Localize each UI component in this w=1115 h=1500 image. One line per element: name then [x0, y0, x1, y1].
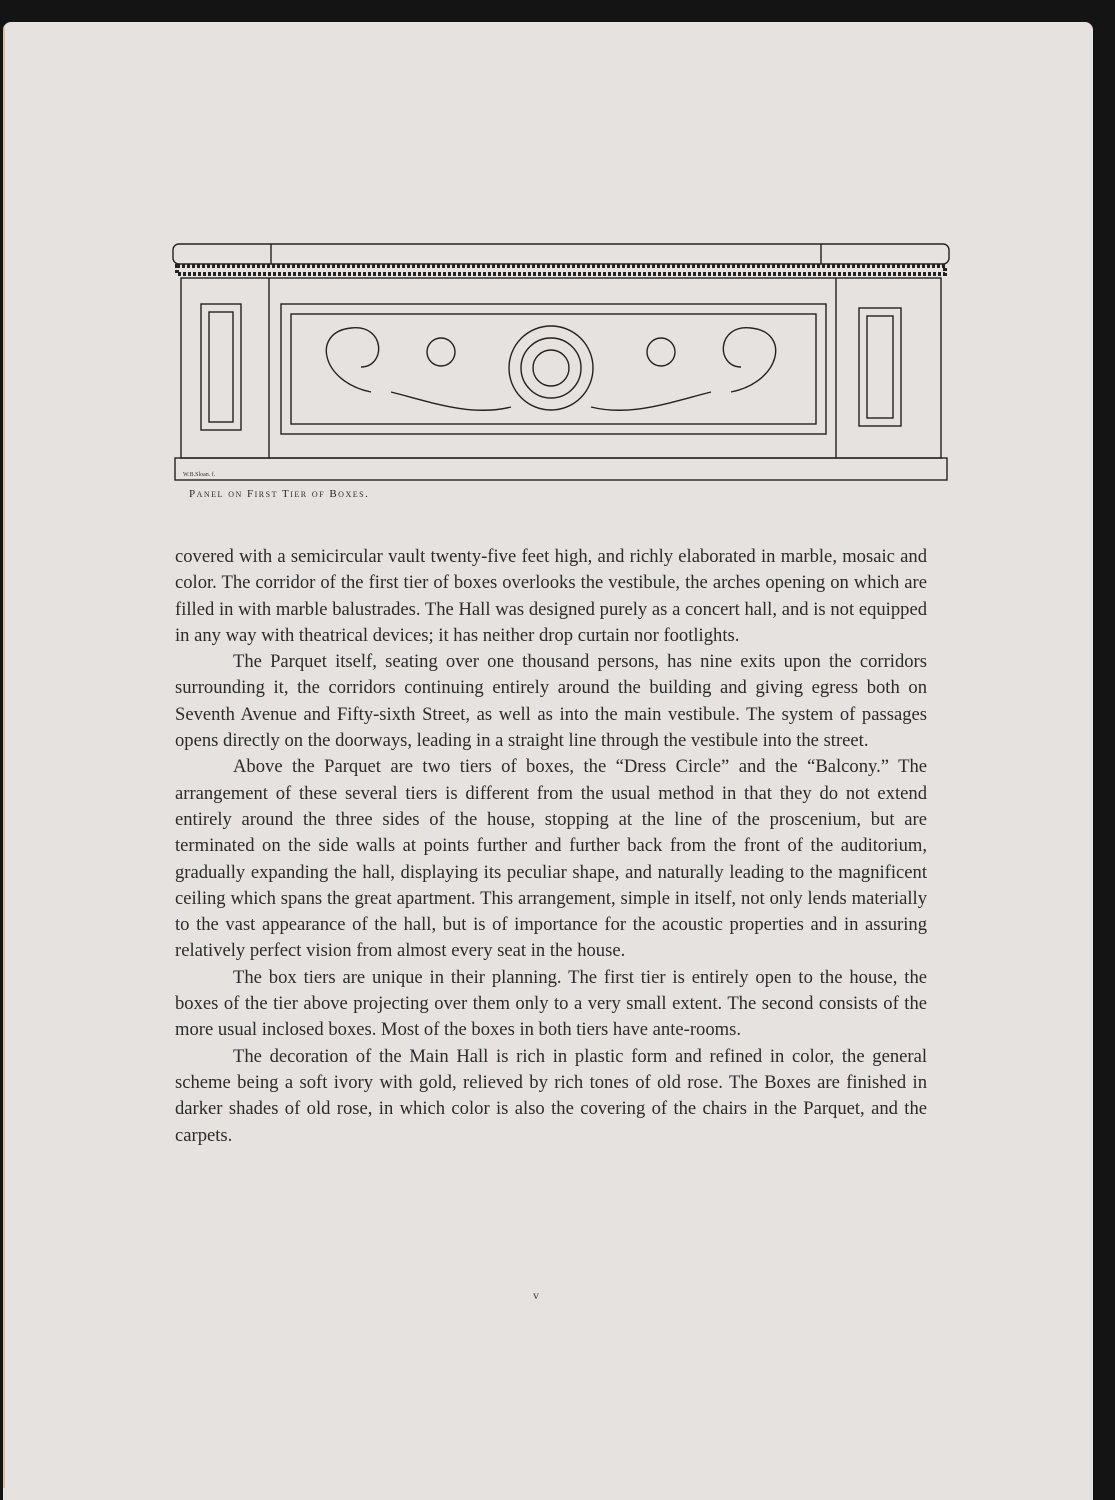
paragraph: The Parquet itself, seating over one tho… [175, 649, 927, 754]
figure-caption: Panel on First Tier of Boxes. [189, 488, 369, 500]
artist-signature: W.B.Sloan. f. [183, 471, 216, 478]
page-edge [3, 28, 11, 1488]
document-page: W.B.Sloan. f. Panel on First Tier of Box… [3, 22, 1093, 1500]
page-number: v [533, 1288, 539, 1303]
panel-illustration: W.B.Sloan. f. [171, 242, 951, 482]
body-text: covered with a semicircular vault twenty… [175, 544, 927, 1149]
paragraph: Above the Parquet are two tiers of boxes… [175, 754, 927, 964]
paragraph: The decoration of the Main Hall is rich … [175, 1044, 927, 1149]
paragraph: covered with a semicircular vault twenty… [175, 544, 927, 649]
paragraph: The box tiers are unique in their planni… [175, 965, 927, 1044]
